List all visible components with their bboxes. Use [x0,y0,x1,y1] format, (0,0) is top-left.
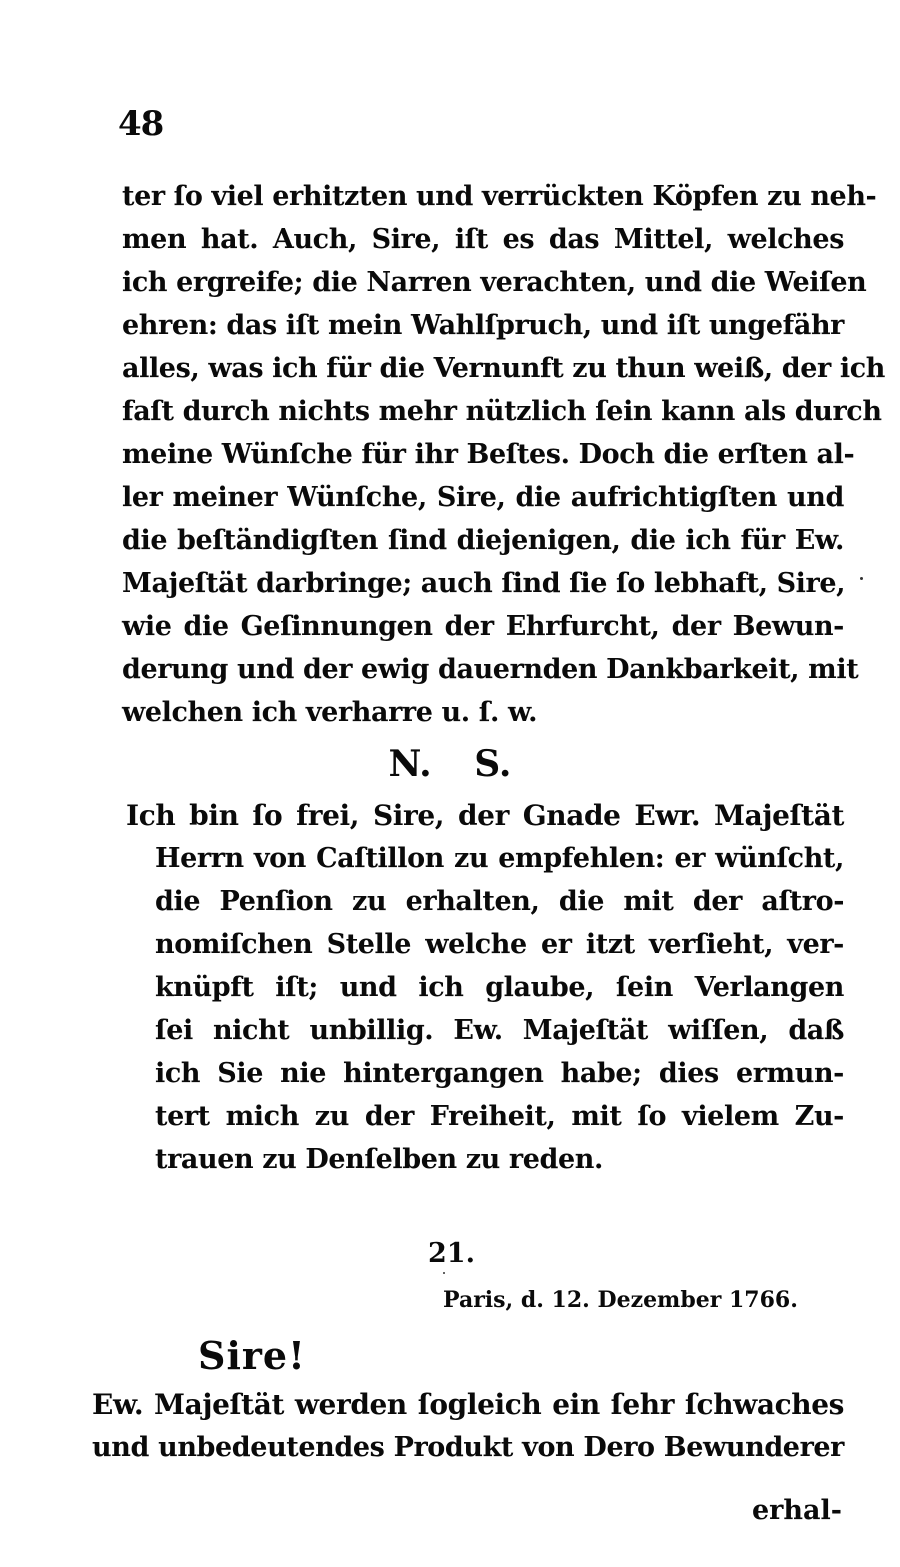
text-line: ich ergreife; die Narren verachten, und … [122,263,844,303]
text-line: ler meiner Wünſche, Sire, die aufrichtig… [122,478,844,518]
postscript-heading: N. S. [0,743,900,785]
text-line: Ich bin ſo frei, Sire, der Gnade Ewr. Ma… [126,796,844,836]
text-line: derung und der ewig dauernden Dankbarkei… [122,650,844,690]
text-line: tert mich zu der Freiheit, mit ſo vielem… [155,1097,844,1137]
text-line: ter ſo viel erhitzten und verrückten Köp… [122,177,844,217]
catchword: erhal- [752,1495,842,1526]
text-line: meine Wünſche für ihr Beſtes. Doch die e… [122,435,844,475]
letter-number: 21. [428,1238,475,1269]
text-line-last: welchen ich verharre u. ſ. w. [122,693,537,733]
text-line: ich Sie nie hintergangen habe; dies ermu… [155,1054,844,1094]
text-line: wie die Geſinnungen der Ehrfurcht, der B… [122,607,844,647]
text-line: und unbedeutendes Produkt von Dero Bewun… [92,1428,844,1468]
text-line: Herrn von Caſtillon zu empfehlen: er wün… [155,839,844,879]
text-line: ſei nicht unbillig. Ew. Majeſtät wiſſen,… [155,1011,844,1051]
scan-speck [860,577,863,580]
text-line: die beſtändigſten ſind diejenigen, die i… [122,521,844,561]
text-line: Majeſtät darbringe; auch ſind ſie ſo leb… [122,564,844,604]
text-line: nomiſchen Stelle welche er itzt verſieht… [155,925,844,965]
letter-salutation: Sire! [198,1333,306,1378]
book-page: 48 ter ſo viel erhitzten und verrückten … [0,0,900,1567]
scan-speck [443,1272,445,1274]
page-number: 48 [118,104,163,144]
text-line: knüpft iſt; und ich glaube, ſein Verlang… [155,968,844,1008]
text-line: die Penſion zu erhalten, die mit der aſt… [155,882,844,922]
text-line: faſt durch nichts mehr nützlich ſein kan… [122,392,844,432]
text-line: ehren: das iſt mein Wahlſpruch, und iſt … [122,306,844,346]
text-line-last: trauen zu Denſelben zu reden. [155,1140,603,1180]
text-line: men hat. Auch, Sire, iſt es das Mittel, … [122,220,844,260]
text-line: alles, was ich für die Vernunft zu thun … [122,349,844,389]
text-line: Ew. Majeſtät werden ſogleich ein ſehr ſc… [92,1385,844,1425]
letter-dateline: Paris, d. 12. Dezember 1766. [443,1287,798,1313]
